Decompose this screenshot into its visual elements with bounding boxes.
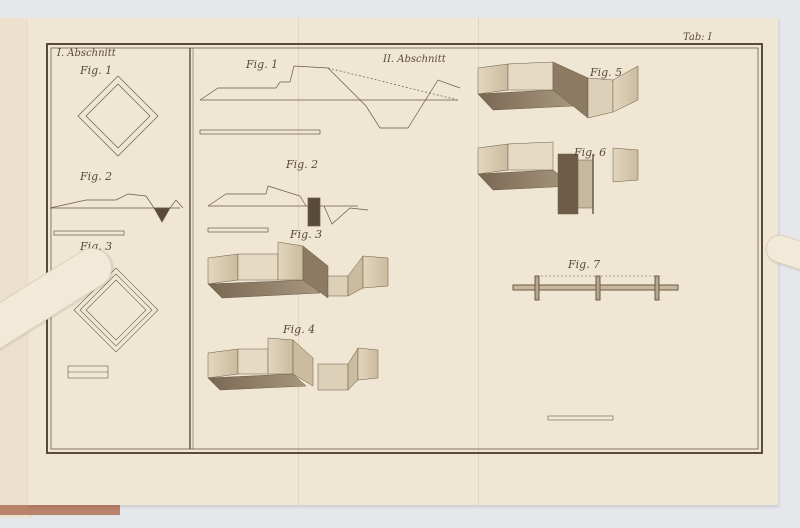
section2-fig4-label: Fig. 4 <box>283 323 315 336</box>
section2-fig3-label: Fig. 3 <box>290 228 322 241</box>
section2-scale <box>548 416 613 420</box>
section2-fig5-label: Fig. 5 <box>590 66 622 79</box>
section2-fig2-label: Fig. 2 <box>286 158 318 171</box>
section2-fig1-label: Fig. 1 <box>246 58 278 71</box>
book-left-page <box>0 18 31 518</box>
section2-fig7-label: Fig. 7 <box>568 258 600 271</box>
section2-fig4-diagram <box>208 338 378 390</box>
section2-fig6-label: Fig. 6 <box>574 146 606 159</box>
section2-fig1-diagram <box>200 66 460 134</box>
section1-title: I. Abschnitt <box>57 48 116 59</box>
section2-fig7-diagram <box>513 276 678 300</box>
section2-fig3-diagram <box>208 242 388 298</box>
section2-title: II. Abschnitt <box>383 54 446 65</box>
section1-fig2-label: Fig. 2 <box>80 170 112 183</box>
section1-fig2-diagram <box>50 194 183 235</box>
plate-engraving <box>28 18 778 505</box>
section2-fig6-diagram <box>478 142 638 214</box>
section1-fig1-label: Fig. 1 <box>80 64 112 77</box>
book-edge <box>0 505 120 515</box>
section2-fig2-diagram <box>208 186 368 232</box>
engraved-plate: I. Abschnitt Fig. 1 Fig. 2 Fig. 3 II. Ab… <box>28 18 778 505</box>
plate-tab-label: Tab: I <box>683 32 712 43</box>
section1-fig1-diagram <box>78 76 158 156</box>
